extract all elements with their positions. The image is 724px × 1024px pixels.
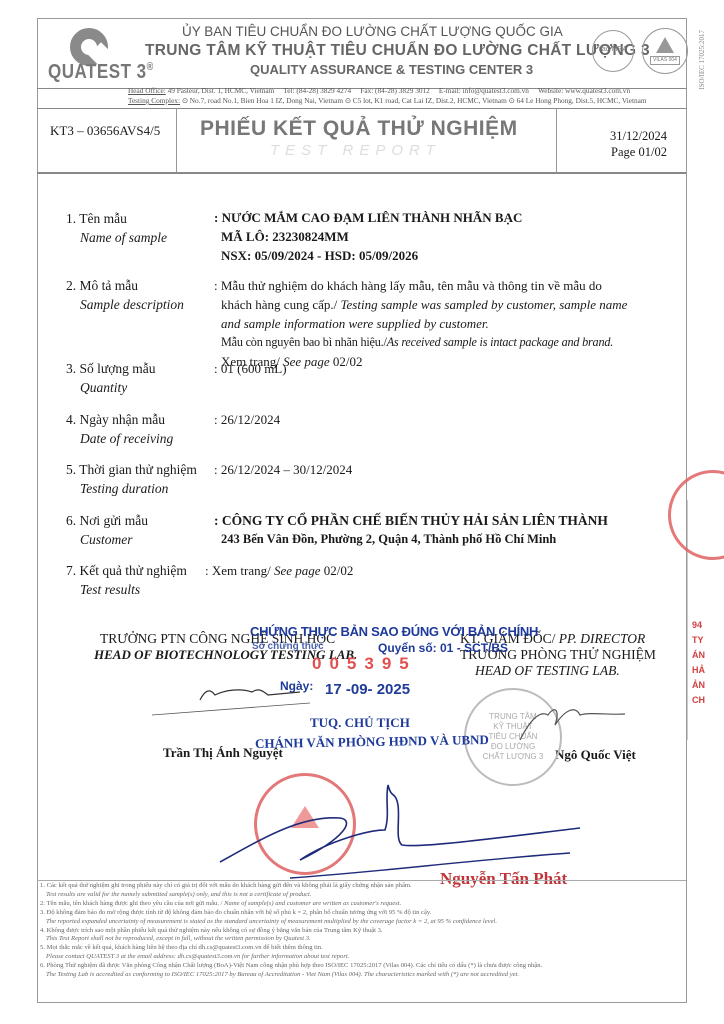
- note-3: 3. Độ không đảm bảo đo mở rộng được tính…: [40, 909, 685, 927]
- handwritten-signatures: [0, 0, 724, 1024]
- notes-divider: [37, 880, 686, 881]
- note-6: 6. Phòng Thử nghiệm đã được Văn phòng Cô…: [40, 962, 685, 980]
- note-1: 1. Các kết quả thử nghiệm ghi trong phiế…: [40, 882, 685, 900]
- note-4: 4. Không được trích sao một phần phiếu k…: [40, 927, 685, 945]
- note-5: 5. Mọi thắc mắc về kết quả, khách hàng l…: [40, 944, 685, 962]
- note-2: 2. Tên mẫu, tên khách hàng được ghi theo…: [40, 900, 685, 909]
- notes-section: 1. Các kết quả thử nghiệm ghi trong phiế…: [40, 882, 685, 980]
